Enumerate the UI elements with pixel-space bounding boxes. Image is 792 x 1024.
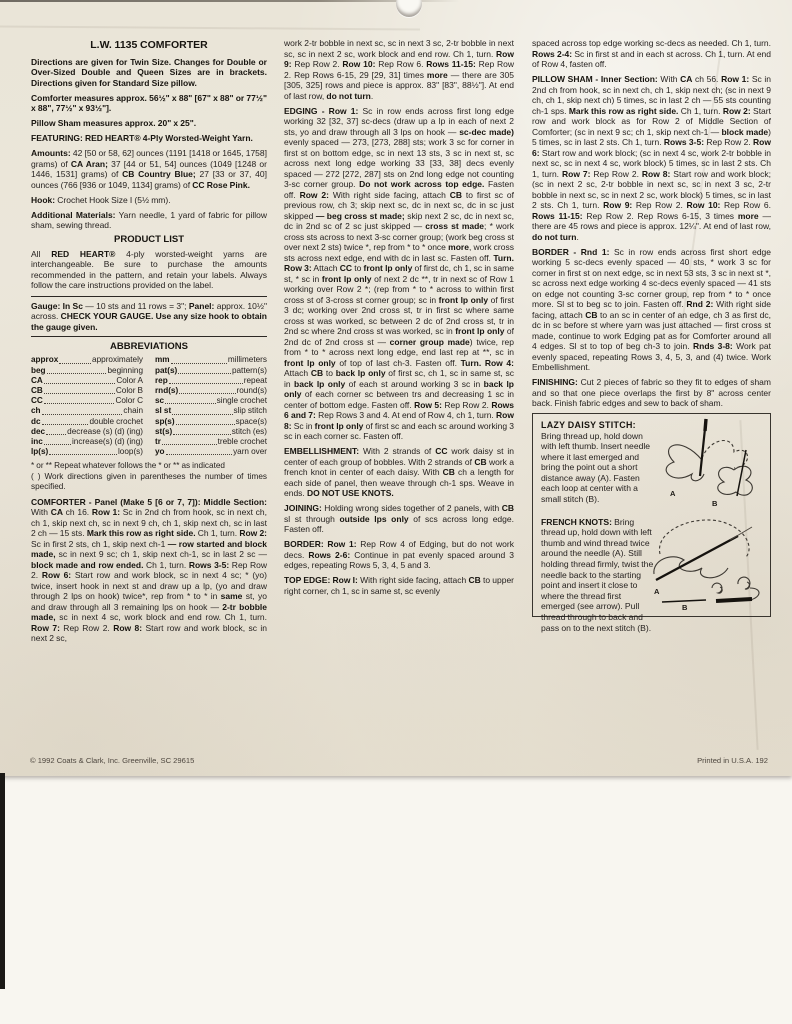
gauge-paragraph: Gauge: In Sc — 10 sts and 11 rows = 3"; … bbox=[31, 301, 267, 333]
punch-hole bbox=[396, 0, 422, 17]
abbreviation-row: approxapproximately bbox=[31, 356, 143, 366]
abbreviation-row: decdecrease (s) (d) (ing) bbox=[31, 427, 143, 437]
dot-leader bbox=[173, 434, 230, 435]
dot-leader bbox=[44, 393, 115, 394]
comforter-measurements: Comforter measures approx. 56½" x 88" [6… bbox=[31, 93, 267, 114]
column-left: L.W. 1135 COMFORTER Directions are given… bbox=[31, 38, 267, 648]
dot-leader bbox=[47, 373, 107, 374]
abbreviation-row: mmmillimeters bbox=[155, 356, 267, 366]
french-knots-label-b: B bbox=[682, 603, 688, 610]
abbreviation-definition: round(s) bbox=[237, 386, 268, 396]
parentheses-note: ( ) Work directions given in parentheses… bbox=[31, 472, 267, 492]
abbreviation-definition: loop(s) bbox=[118, 447, 143, 457]
abbreviation-term: mm bbox=[155, 355, 170, 365]
abbreviation-term: dc bbox=[31, 417, 41, 427]
abbreviation-term: tr bbox=[155, 437, 161, 447]
abbreviation-term: approx bbox=[31, 355, 58, 365]
embellishment-instructions: EMBELLISHMENT: With 2 strands of CC work… bbox=[284, 446, 514, 499]
abbreviations-right-column: mmmillimeterspat(s)pattern(s)reprepeatrn… bbox=[155, 356, 267, 458]
dot-leader bbox=[178, 373, 231, 374]
abbreviation-definition: treble crochet bbox=[218, 437, 267, 447]
top-edge-continued: spaced across top edge working sc-decs a… bbox=[532, 38, 771, 70]
abbreviation-term: sl st bbox=[155, 406, 171, 416]
abbreviation-row: rnd(s)round(s) bbox=[155, 386, 267, 396]
abbreviation-definition: Color B bbox=[116, 386, 143, 396]
abbreviation-row: st(s)stitch (es) bbox=[155, 427, 267, 437]
abbreviation-row: incincrease(s) (d) (ing) bbox=[31, 437, 143, 447]
scan-edge-artifact bbox=[0, 773, 5, 989]
top-edge-instructions: TOP EDGE: Row I: With right side facing,… bbox=[284, 575, 514, 596]
abbreviation-term: sc bbox=[155, 396, 164, 406]
comforter-instructions: COMFORTER - Panel (Make 5 [6 or 7, 7]): … bbox=[31, 497, 267, 644]
abbreviations-heading: ABBREVIATIONS bbox=[31, 342, 267, 353]
abbreviation-row: yoyarn over bbox=[155, 447, 267, 457]
dot-leader bbox=[176, 424, 235, 425]
french-knots-label-a: A bbox=[654, 587, 660, 596]
dot-leader bbox=[46, 434, 66, 435]
abbreviation-row: lp(s)loop(s) bbox=[31, 447, 143, 457]
amounts-paragraph: Amounts: 42 [50 or 58, 62] ounces (1191 … bbox=[31, 148, 267, 190]
sham-border-instructions: BORDER - Rnd 1: Sc in row ends across fi… bbox=[532, 247, 771, 373]
abbreviation-term: pat(s) bbox=[155, 366, 177, 376]
asterisk-note: * or ** Repeat whatever follows the * or… bbox=[31, 461, 267, 471]
french-knots-text: FRENCH KNOTS: Bring thread up, hold down… bbox=[541, 517, 655, 634]
abbreviation-definition: chain bbox=[123, 406, 143, 416]
abbreviation-row: pat(s)pattern(s) bbox=[155, 366, 267, 376]
dot-leader bbox=[165, 403, 216, 404]
abbreviation-term: yo bbox=[155, 447, 165, 457]
dot-leader bbox=[172, 414, 232, 415]
pillow-measurements: Pillow Sham measures approx. 20" x 25". bbox=[31, 118, 267, 129]
pattern-title: L.W. 1135 COMFORTER bbox=[31, 40, 267, 51]
abbreviation-definition: slip stitch bbox=[234, 406, 267, 416]
abbreviation-row: begbeginning bbox=[31, 366, 143, 376]
abbreviation-row: dcdouble crochet bbox=[31, 417, 143, 427]
abbreviation-term: beg bbox=[31, 366, 46, 376]
dot-leader bbox=[171, 363, 227, 364]
abbreviation-row: scsingle crochet bbox=[155, 396, 267, 406]
lazy-daisy-label-b: B bbox=[712, 499, 718, 508]
abbreviation-definition: pattern(s) bbox=[232, 366, 267, 376]
hook-paragraph: Hook: Crochet Hook Size I (5½ mm). bbox=[31, 195, 267, 206]
abbreviation-row: reprepeat bbox=[155, 376, 267, 386]
dot-leader bbox=[166, 454, 233, 455]
abbreviation-definition: space(s) bbox=[236, 417, 267, 427]
abbreviation-term: rnd(s) bbox=[155, 386, 178, 396]
abbreviations-left-column: approxapproximatelybegbeginningCAColor A… bbox=[31, 356, 143, 458]
abbreviation-term: inc bbox=[31, 437, 43, 447]
abbreviation-definition: millimeters bbox=[228, 355, 267, 365]
pillow-sham-instructions: PILLOW SHAM - Inner Section: With CA ch … bbox=[532, 74, 771, 242]
abbreviation-definition: beginning bbox=[107, 366, 143, 376]
french-knots-illustration: A B bbox=[650, 510, 768, 610]
stitch-tutorial-box: LAZY DAISY STITCH: Bring thread up, hold… bbox=[532, 413, 771, 617]
dot-leader bbox=[42, 424, 89, 425]
lazy-daisy-text: Bring thread up, hold down with left thu… bbox=[541, 431, 655, 505]
abbreviation-term: sp(s) bbox=[155, 417, 175, 427]
abbreviation-row: CAColor A bbox=[31, 376, 143, 386]
abbreviation-definition: stitch (es) bbox=[232, 427, 267, 437]
dot-leader bbox=[44, 383, 116, 384]
dot-leader bbox=[49, 454, 117, 455]
joining-instructions: JOINING: Holding wrong sides together of… bbox=[284, 503, 514, 535]
abbreviation-term: CA bbox=[31, 376, 43, 386]
dot-leader bbox=[162, 444, 217, 445]
dot-leader bbox=[59, 363, 91, 364]
lazy-daisy-illustration: A B bbox=[650, 416, 768, 508]
abbreviation-row: CBColor B bbox=[31, 386, 143, 396]
comforter-instructions-continued: work 2-tr bobble in next sc, sc in next … bbox=[284, 38, 514, 101]
paper-crease bbox=[0, 26, 420, 31]
printed-in-usa-text: Printed in U.S.A. 192 bbox=[697, 756, 768, 765]
lazy-daisy-label-a: A bbox=[670, 489, 676, 498]
gauge-box: Gauge: In Sc — 10 sts and 11 rows = 3"; … bbox=[31, 296, 267, 338]
product-list-heading: PRODUCT LIST bbox=[31, 235, 267, 246]
abbreviation-term: st(s) bbox=[155, 427, 172, 437]
abbreviation-term: CC bbox=[31, 396, 43, 406]
abbreviation-definition: double crochet bbox=[89, 417, 143, 427]
scanned-paper-sheet: L.W. 1135 COMFORTER Directions are given… bbox=[0, 0, 792, 776]
abbreviation-row: CCColor C bbox=[31, 396, 143, 406]
abbreviation-definition: decrease (s) (d) (ing) bbox=[67, 427, 143, 437]
abbreviation-row: chchain bbox=[31, 406, 143, 416]
scanned-pattern-page: { "footer": { "left": "© 1992 Coats & Cl… bbox=[0, 0, 792, 1024]
edging-instructions: EDGING - Row 1: Sc in row ends across fi… bbox=[284, 106, 514, 442]
dot-leader bbox=[179, 393, 235, 394]
abbreviation-definition: single crochet bbox=[217, 396, 267, 406]
product-list-paragraph: All RED HEART® 4-ply worsted-weight yarn… bbox=[31, 249, 267, 291]
abbreviation-definition: repeat bbox=[244, 376, 267, 386]
featuring-note: FEATURING: RED HEART® 4-Ply Worsted-Weig… bbox=[31, 133, 267, 144]
additional-materials-paragraph: Additional Materials: Yarn needle, 1 yar… bbox=[31, 210, 267, 231]
column-right: spaced across top edge working sc-decs a… bbox=[532, 38, 771, 617]
abbreviation-row: trtreble crochet bbox=[155, 437, 267, 447]
abbreviations-table: approxapproximatelybegbeginningCAColor A… bbox=[31, 356, 267, 458]
abbreviation-definition: Color A bbox=[116, 376, 143, 386]
dot-leader bbox=[169, 383, 243, 384]
abbreviation-notes: * or ** Repeat whatever follows the * or… bbox=[31, 461, 267, 492]
abbreviation-row: sl stslip stitch bbox=[155, 406, 267, 416]
abbreviation-row: sp(s)space(s) bbox=[155, 417, 267, 427]
abbreviation-term: lp(s) bbox=[31, 447, 48, 457]
abbreviation-definition: increase(s) (d) (ing) bbox=[72, 437, 143, 447]
column-middle: work 2-tr bobble in next sc, sc in next … bbox=[284, 38, 514, 601]
abbreviation-definition: approximately bbox=[92, 355, 143, 365]
dot-leader bbox=[44, 444, 71, 445]
border-instructions: BORDER: Row 1: Rep Row 4 of Edging, but … bbox=[284, 539, 514, 571]
dot-leader bbox=[44, 403, 115, 404]
abbreviation-term: ch bbox=[31, 406, 41, 416]
abbreviation-definition: yarn over bbox=[233, 447, 267, 457]
sizes-directions: Directions are given for Twin Size. Chan… bbox=[31, 57, 267, 89]
abbreviation-term: dec bbox=[31, 427, 45, 437]
abbreviation-definition: Color C bbox=[115, 396, 143, 406]
dot-leader bbox=[42, 414, 123, 415]
abbreviation-term: rep bbox=[155, 376, 168, 386]
finishing-instructions: FINISHING: Cut 2 pieces of fabric so the… bbox=[532, 377, 771, 409]
abbreviation-term: CB bbox=[31, 386, 43, 396]
copyright-text: © 1992 Coats & Clark, Inc. Greenville, S… bbox=[30, 756, 194, 765]
